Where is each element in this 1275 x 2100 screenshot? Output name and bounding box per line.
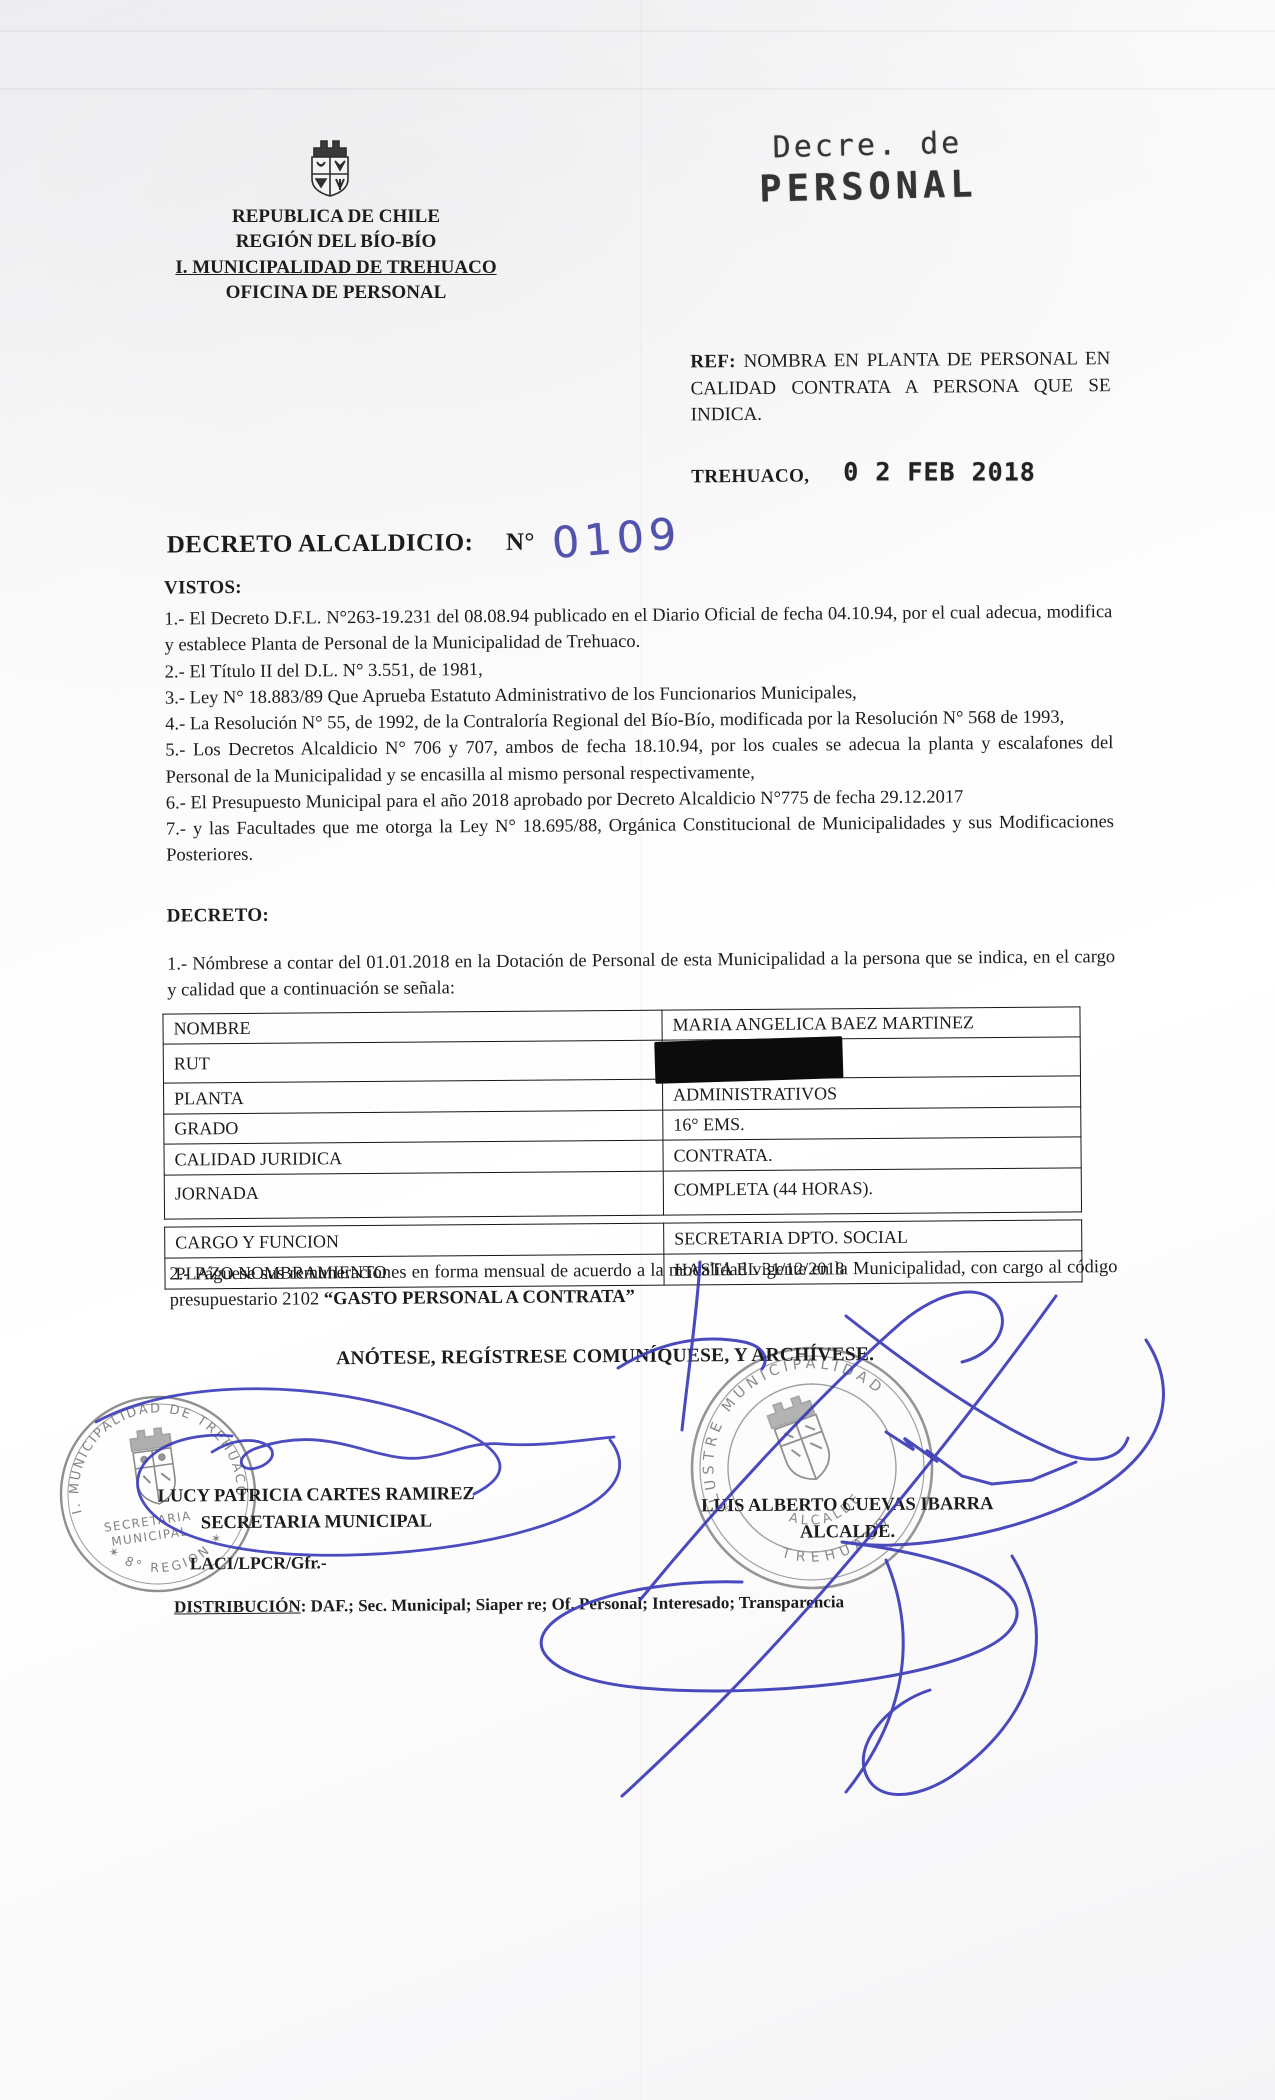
handwritten-decree-number: 0109 <box>550 509 683 569</box>
row-label: JORNADA <box>164 1171 663 1219</box>
row-value: CONTRATA. <box>663 1137 1081 1171</box>
secretary-name: LUCY PATRICIA CARTES RAMIREZ <box>111 1481 521 1511</box>
vistos-item: 1.- El Decreto D.F.L. N°263-19.231 del 0… <box>164 599 1112 659</box>
signature-block-mayor: LUIS ALBERTO CUEVAS IBARRA ALCALDE. <box>642 1491 1052 1548</box>
document-text-layer: REPUBLICA DE CHILE REGIÓN DEL BÍO-BÍO I.… <box>0 0 1275 2100</box>
mayor-title: ALCALDE. <box>642 1517 1052 1547</box>
row-label: CALIDAD JURIDICA <box>164 1140 663 1175</box>
scanned-decree-page: I. MUNICIPALIDAD DE TREHUACO ✶ 8° REGION… <box>0 0 1275 2100</box>
ref-text: NOMBRA EN PLANTA DE PERSONAL EN CALIDAD … <box>690 348 1110 425</box>
closing-formula: ANÓTESE, REGÍSTRESE COMUNÍQUESE, Y ARCHÍ… <box>255 1343 955 1370</box>
table-row: JORNADACOMPLETA (44 HORAS). <box>164 1168 1081 1219</box>
ref-subject-block: REF: NOMBRA EN PLANTA DE PERSONAL EN CAL… <box>690 346 1111 429</box>
appointment-table-block-1: NOMBREMARIA ANGELICA BAEZ MARTINEZ RUT P… <box>162 1006 1082 1219</box>
vistos-section: VISTOS: 1.- El Decreto D.F.L. N°263-19.2… <box>164 568 1114 869</box>
decreto-paragraph-2: 2.- Páguese sus remuneraciones en forma … <box>169 1254 1117 1314</box>
decreto-paragraph-1: 1.- Nómbrese a contar del 01.01.2018 en … <box>167 944 1115 1004</box>
dateline: TREHUACO, 0 2 FEB 2018 <box>691 457 1036 489</box>
rut-redaction-bar <box>654 1036 843 1084</box>
row-label: NOMBRE <box>163 1010 662 1044</box>
row-value: 16° EMS. <box>663 1107 1081 1140</box>
row-label: RUT <box>163 1040 662 1083</box>
mayor-name: LUIS ALBERTO CUEVAS IBARRA <box>642 1491 1052 1521</box>
document-initials: LACI/LPCR/Gfr.- <box>190 1552 327 1574</box>
numero-label: N° <box>506 529 535 556</box>
appointment-table: NOMBREMARIA ANGELICA BAEZ MARTINEZ RUT P… <box>162 1006 1082 1289</box>
vistos-heading: VISTOS: <box>164 568 1112 602</box>
row-label: PLANTA <box>163 1079 662 1114</box>
row-label: GRADO <box>164 1110 663 1144</box>
ref-label: REF: <box>690 351 736 372</box>
vistos-item: 5.- Los Decretos Alcaldicio N° 706 y 707… <box>165 730 1113 790</box>
signature-block-secretary: LUCY PATRICIA CARTES RAMIREZ SECRETARIA … <box>111 1481 521 1538</box>
decree-title-line: DECRETO ALCALDICIO: N° 0109 <box>167 510 682 564</box>
city-label: TREHUACO, <box>691 466 809 489</box>
budget-code-bold: “GASTO PERSONAL A CONTRATA” <box>324 1287 635 1309</box>
vistos-item: 7.- y las Facultades que me otorga la Le… <box>166 809 1114 869</box>
date-stamp: 0 2 FEB 2018 <box>843 457 1036 486</box>
decree-title: DECRETO ALCALDICIO: <box>167 529 474 558</box>
row-value: MARIA ANGELICA BAEZ MARTINEZ <box>662 1007 1080 1040</box>
row-value: COMPLETA (44 HORAS). <box>663 1168 1081 1215</box>
distribution-label: DISTRIBUCIÓN <box>174 1597 301 1617</box>
typed-body: REF: NOMBRA EN PLANTA DE PERSONAL EN CAL… <box>0 0 1275 2100</box>
paragraph-2-text: 2.- Páguese sus remuneraciones en forma … <box>169 1257 1117 1311</box>
secretary-title: SECRETARIA MUNICIPAL <box>111 1508 521 1538</box>
distribution-line: DISTRIBUCIÓN: DAF.; Sec. Municipal; Siap… <box>174 1592 844 1617</box>
decreto-heading: DECRETO: <box>167 905 270 928</box>
row-label: CARGO Y FUNCION <box>165 1223 664 1258</box>
row-value: SECRETARIA DPTO. SOCIAL <box>664 1220 1082 1254</box>
distribution-list: : DAF.; Sec. Municipal; Siaper re; Of. P… <box>301 1592 844 1615</box>
